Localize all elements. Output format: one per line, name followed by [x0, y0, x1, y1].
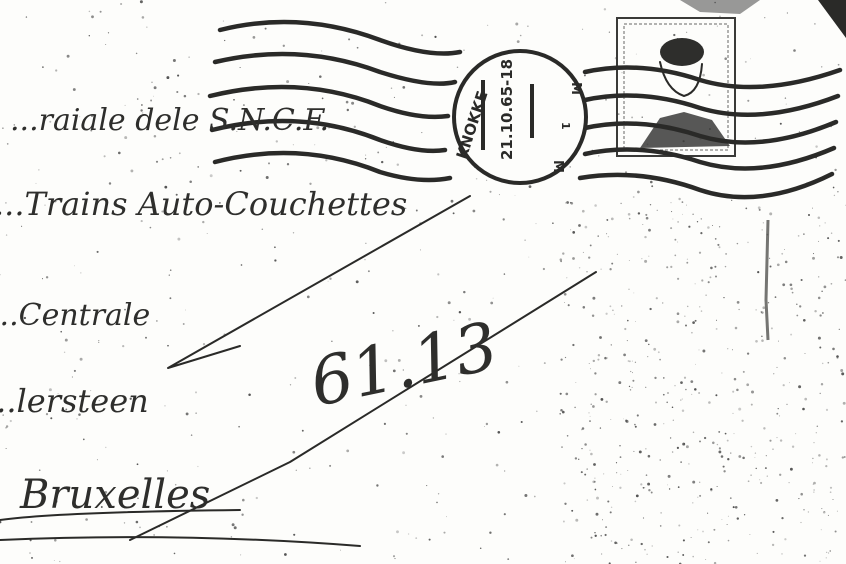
- stamp-portrait-hair: [660, 38, 704, 66]
- postmark-letter-bottom: M: [550, 160, 565, 173]
- address-line-2: ...Trains Auto-Couchettes: [0, 185, 407, 223]
- city-underline-2: [0, 537, 360, 546]
- annotation-number: 61.13: [304, 307, 505, 422]
- address-line-3: ...Centrale: [0, 298, 150, 333]
- postmark-letter-mid: 1: [559, 122, 572, 130]
- postmark-date: 21.10.65-18: [498, 59, 516, 160]
- postmark-letter-top: M: [568, 82, 583, 95]
- postage-stamp: [617, 18, 735, 156]
- postmark: KNOKKE 21.10.65-18 M 1 M: [453, 51, 586, 183]
- scan-streak: [766, 220, 768, 340]
- envelope-corner-shadow: [818, 0, 846, 38]
- address-block: ...raiale dele S.N.C.F. ...Trains Auto-C…: [0, 103, 407, 546]
- address-line-1: ...raiale dele S.N.C.F.: [10, 103, 329, 138]
- envelope-scan: KNOKKE 21.10.65-18 M 1 M ...raiale dele …: [0, 0, 846, 564]
- torn-edge: [680, 0, 760, 14]
- address-line-4: ...lersteen: [0, 382, 149, 420]
